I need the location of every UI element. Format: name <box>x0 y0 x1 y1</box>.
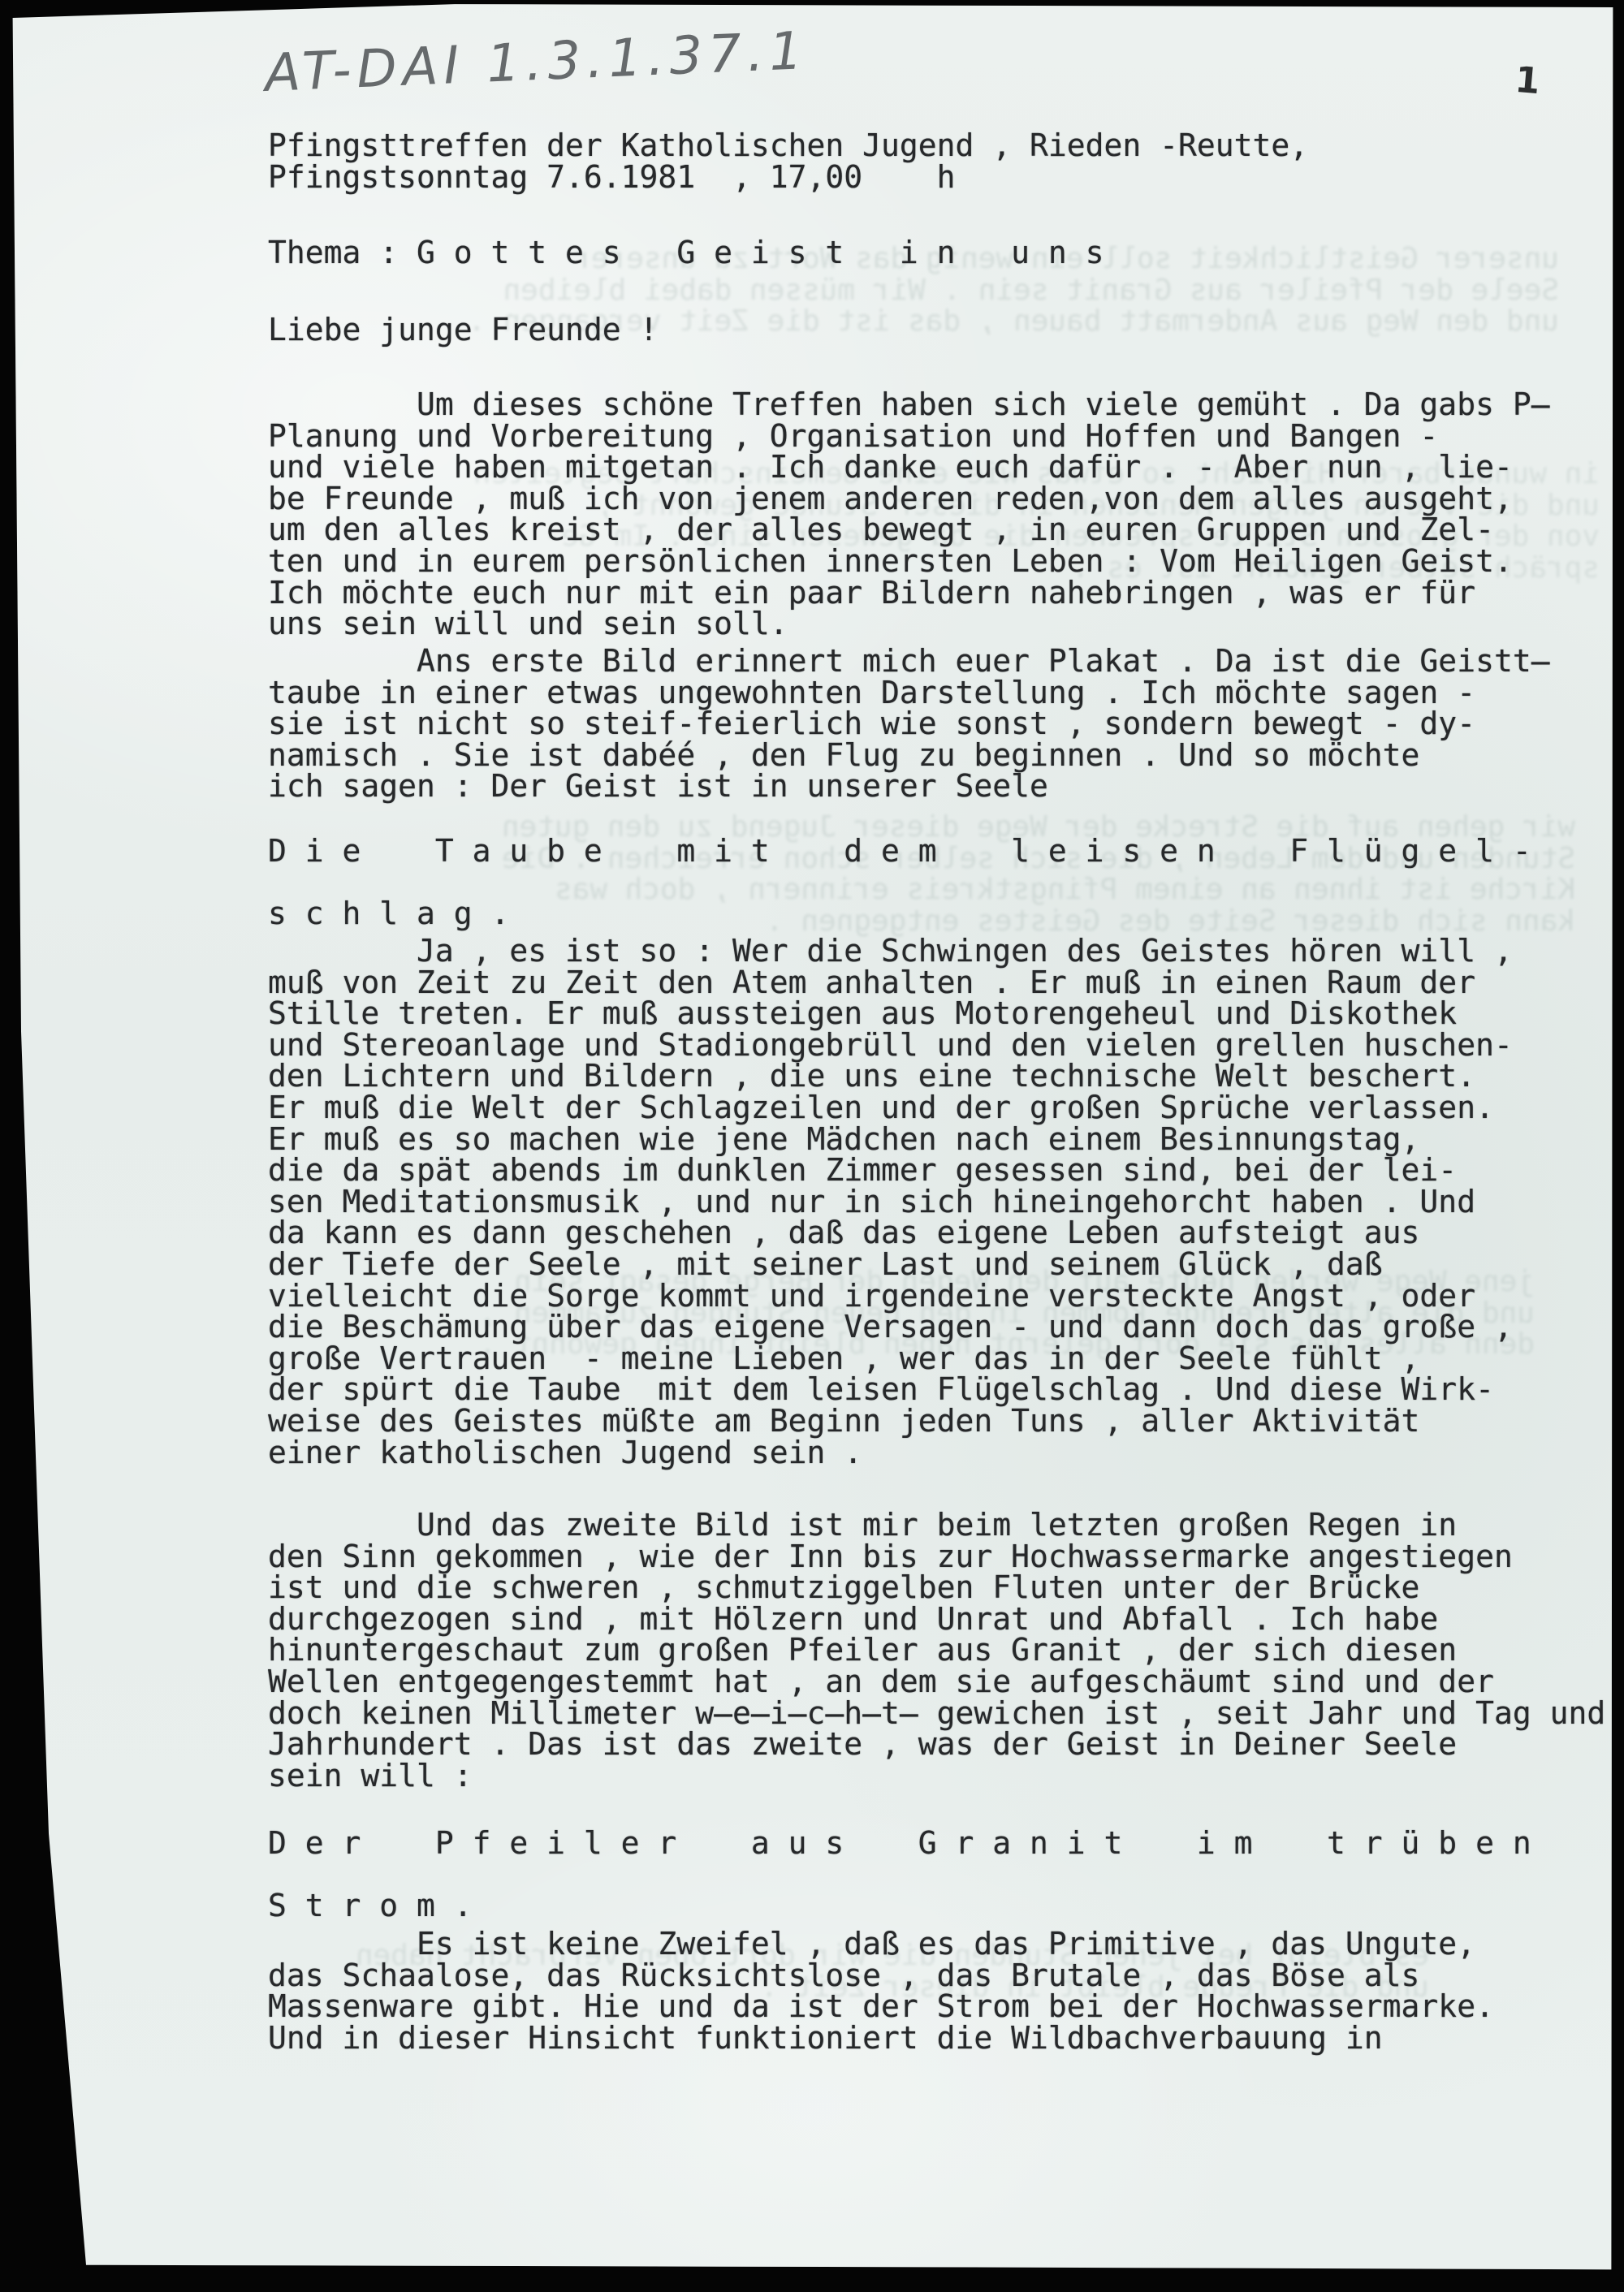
paragraph-5: Es ist keine Zweifel , daß es das Primit… <box>268 1928 1494 2053</box>
paragraph-2: Ans erste Bild erinnert mich euer Plakat… <box>268 645 1550 802</box>
paragraph-3: Ja , es ist so : Wer die Schwingen des G… <box>268 935 1513 1468</box>
document-title-lines: Pfingsttreffen der Katholischen Jugend ,… <box>268 130 1308 192</box>
document-scan: unserer Geistlichkeit soll ein wenig das… <box>0 0 1624 2292</box>
emphasized-line-pfeiler: D e r P f e i l e r a u s G r a n i t i … <box>268 1812 1531 1937</box>
page-number: 1 <box>1514 59 1542 102</box>
theme-line: Thema : G o t t e s G e i s t i n u n s <box>268 237 1104 269</box>
paragraph-1: Um dieses schöne Treffen haben sich viel… <box>268 389 1550 640</box>
salutation: Liebe junge Freunde ! <box>268 314 658 346</box>
emphasized-line-taube: D i e T a u b e m i t d e m l e i s e n … <box>268 820 1531 945</box>
paragraph-4: Und das zweite Bild ist mir beim letzten… <box>268 1509 1605 1791</box>
